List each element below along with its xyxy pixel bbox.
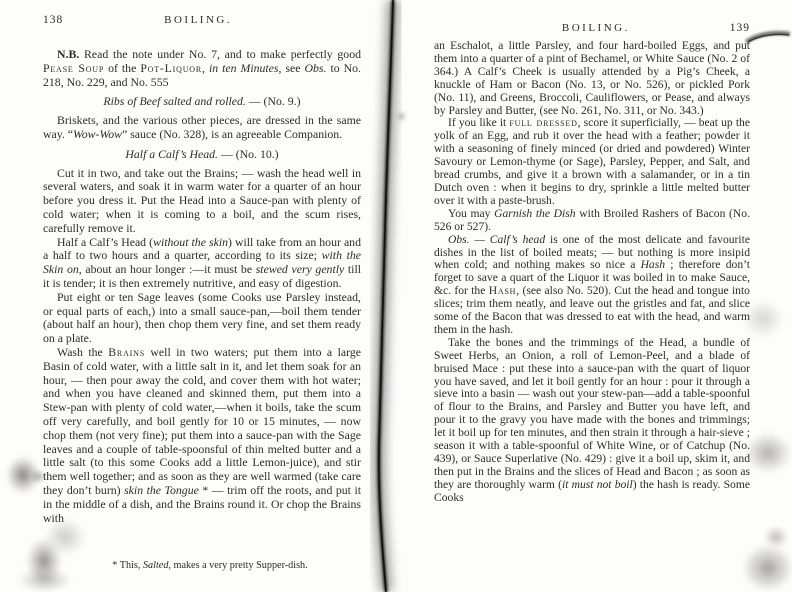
text-run: Wash the [57, 345, 108, 359]
text-run: Half a Calf’s Head. [125, 147, 218, 161]
text-run: , score it superficially, — beat up the … [434, 116, 750, 206]
right-page: BOILING. 139 an Eschalot, a little Parsl… [400, 0, 792, 592]
text-run: If you like it [448, 116, 509, 129]
left-page-body: N.B. Read the note under No. 7, and to m… [43, 48, 361, 525]
recipe-heading: Half a Calf’s Head. — (No. 10.) [43, 148, 361, 162]
left-running-title: BOILING. [63, 14, 333, 26]
left-page: 138 BOILING. N.B. Read the note under No… [0, 0, 378, 592]
text-run: , about an hour longer :—it must be [79, 262, 256, 276]
text-run: Obs. [305, 61, 327, 75]
book-scan: { "left_page": { "page_number": "138", "… [0, 0, 792, 592]
text-run: N.B. [57, 47, 79, 61]
text-run: Pot-Liquor [140, 61, 202, 75]
text-run: Put eight or ten Sage leaves (some Cooks… [43, 290, 361, 345]
text-run: — (No. 9.) [246, 94, 301, 108]
text-run: Hash [641, 258, 665, 271]
right-page-header: BOILING. 139 [434, 22, 750, 34]
text-run: Brains [108, 345, 145, 359]
text-run: Garnish the Dish [494, 207, 575, 220]
paragraph: an Eschalot, a little Parsley, and four … [434, 40, 750, 117]
right-page-number: 139 [730, 22, 750, 34]
text-run: well in two waters; put them into a larg… [43, 345, 361, 497]
text-run: full dressed [509, 116, 577, 129]
text-run: Hash [489, 284, 517, 297]
left-page-number: 138 [43, 14, 63, 26]
text-run: ” sauce (No. 328), is an agreeable Compa… [122, 127, 342, 141]
text-run: Half a Calf’s Head ( [57, 235, 153, 249]
text-run: of the [104, 61, 140, 75]
text-run: — (No. 10.) [218, 147, 279, 161]
text-run: Obs. — Calf’s head [448, 233, 545, 246]
text-run: an Eschalot, a little Parsley, and four … [434, 39, 750, 117]
text-run: without the skin [153, 235, 228, 249]
text-run: stewed very gently [256, 262, 345, 276]
text-run: * This, [112, 560, 143, 571]
paragraph: Briskets, and the various other pieces, … [43, 114, 361, 142]
paragraph: You may Garnish the Dish with Broiled Ra… [434, 208, 750, 234]
paragraph: N.B. Read the note under No. 7, and to m… [43, 48, 361, 89]
text-run: Read the note under No. 7, and to make p… [79, 47, 361, 61]
text-run: Salted [143, 560, 168, 571]
text-run: Wow-Wow [73, 127, 122, 141]
text-run: in ten Minutes [209, 61, 279, 75]
paragraph: Obs. — Calf’s head is one of the most de… [434, 234, 750, 337]
text-run: You may [448, 207, 494, 220]
right-running-title: BOILING. [462, 22, 730, 34]
recipe-heading: Ribs of Beef salted and rolled. — (No. 9… [43, 95, 361, 109]
paragraph: If you like it full dressed, score it su… [434, 117, 750, 207]
left-page-footnote: * This, Salted, makes a very pretty Supp… [60, 560, 360, 571]
right-page-body: an Eschalot, a little Parsley, and four … [434, 40, 750, 505]
text-run: skin the Tongue [124, 483, 199, 497]
text-run: , makes a very pretty Supper-dish. [168, 560, 307, 571]
text-run: , see [279, 61, 305, 75]
text-run: it must not boil [562, 478, 633, 491]
text-run: Ribs of Beef salted and rolled. [103, 94, 245, 108]
paragraph: Half a Calf’s Head (without the skin) wi… [43, 236, 361, 291]
text-run: Take the bones and the trimmings of the … [434, 336, 750, 491]
text-run: , [202, 61, 209, 75]
paragraph: Take the bones and the trimmings of the … [434, 337, 750, 505]
paragraph: Cut it in two, and take out the Brains; … [43, 167, 361, 236]
paragraph: Put eight or ten Sage leaves (some Cooks… [43, 291, 361, 346]
text-run: Pease Soup [43, 61, 104, 75]
left-page-header: 138 BOILING. [43, 14, 361, 26]
paragraph: Wash the Brains well in two waters; put … [43, 346, 361, 525]
text-run: Cut it in two, and take out the Brains; … [43, 166, 361, 235]
